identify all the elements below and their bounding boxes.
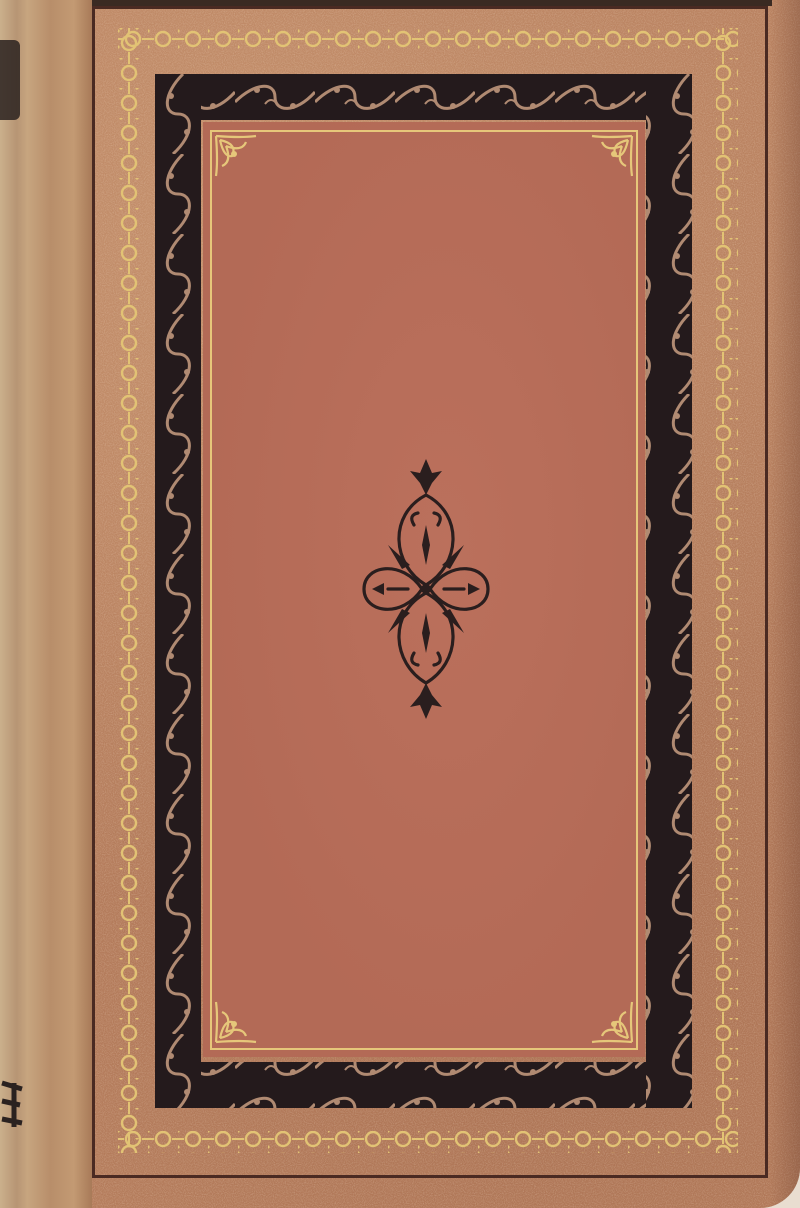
spine-edge	[0, 0, 92, 1208]
corner-fleuron-top-left	[212, 132, 272, 192]
spine-lettering-fragment	[0, 1075, 26, 1135]
corner-fleuron-top-right	[576, 132, 636, 192]
corner-fleuron-bottom-left	[212, 986, 272, 1046]
spine-band	[0, 40, 20, 120]
center-quatrefoil-ornament	[358, 455, 494, 723]
corner-fleuron-bottom-right	[576, 986, 636, 1046]
edge-shadow	[770, 0, 800, 1208]
book-cover	[0, 0, 800, 1208]
